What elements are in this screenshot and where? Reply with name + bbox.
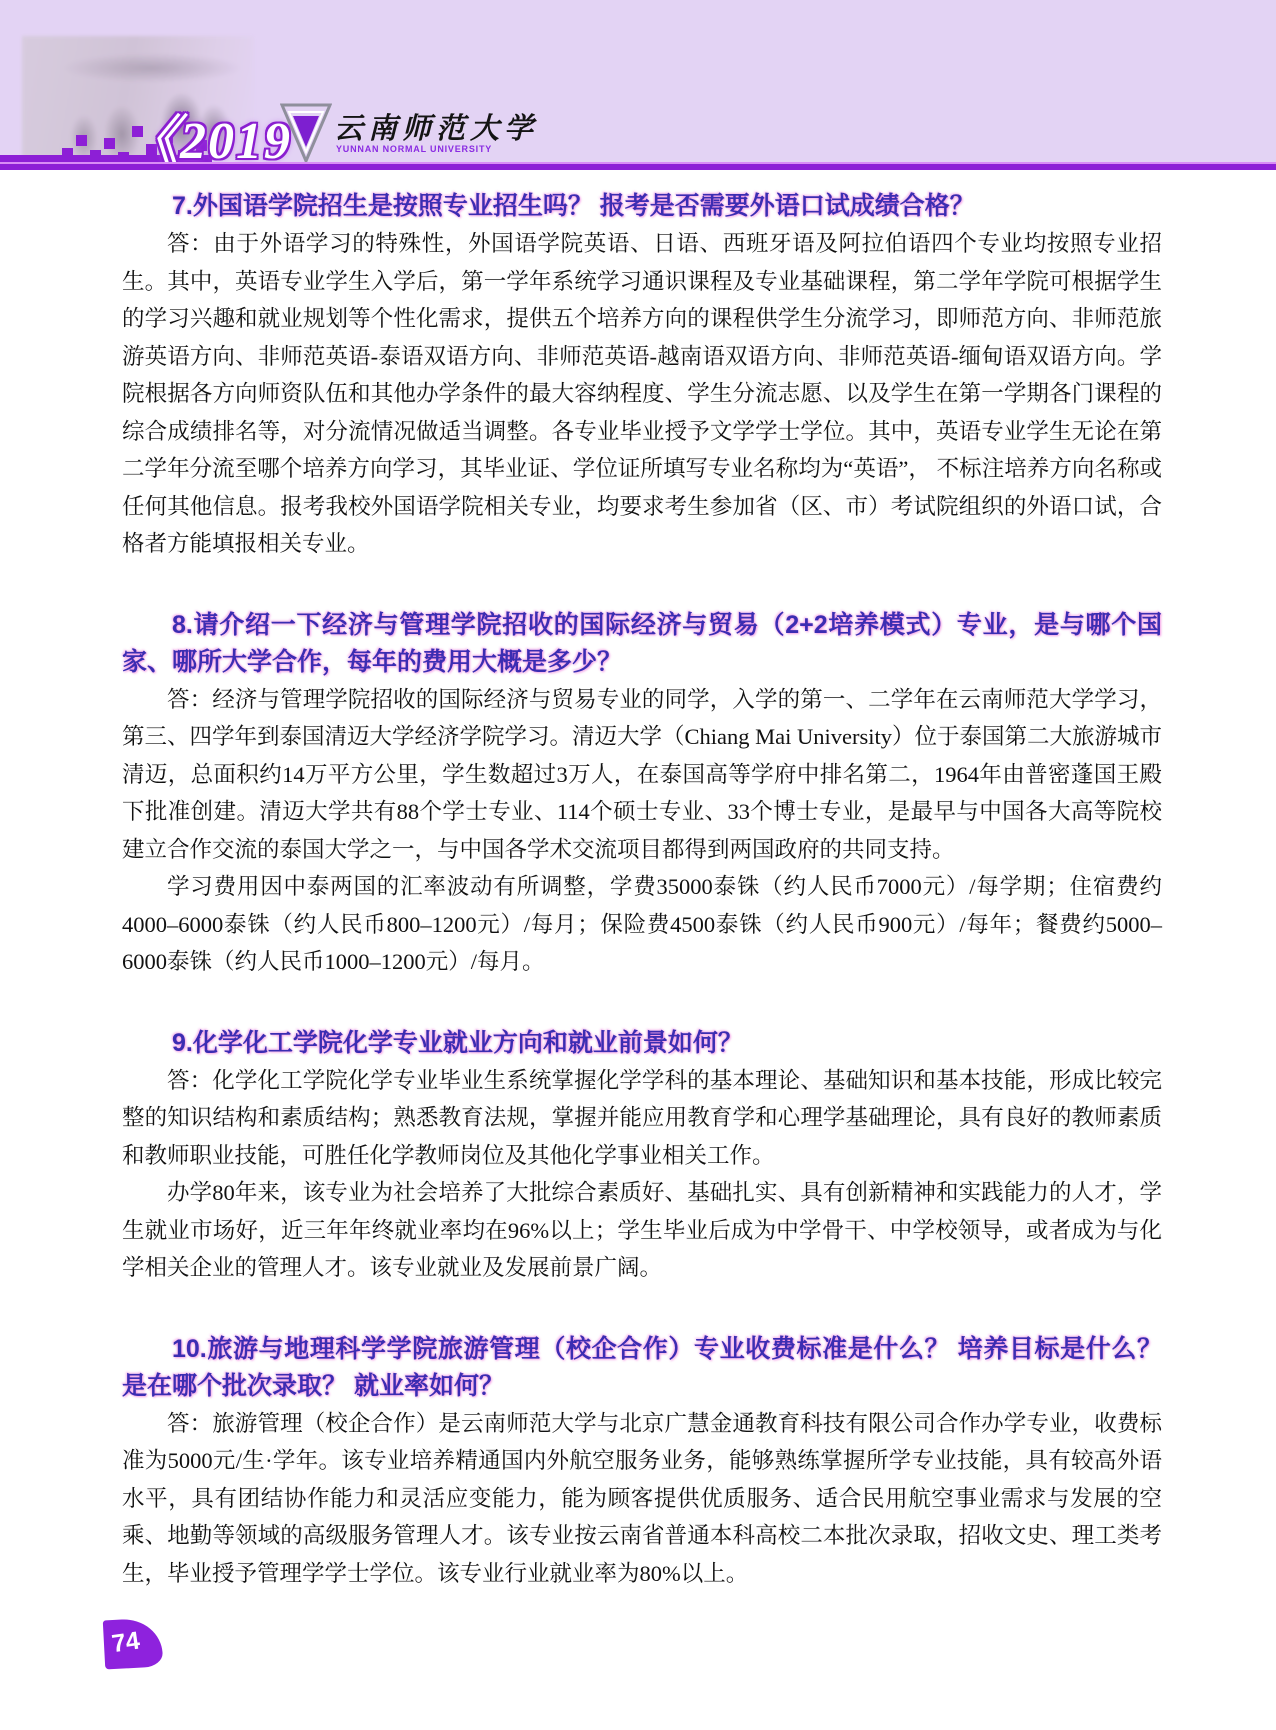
answer-7-paragraph-1: 答：由于外语学习的特殊性，外国语学院英语、日语、西班牙语及阿拉伯语四个专业均按照… — [122, 225, 1162, 563]
page-header: 《2019 云南师范大学 YUNNAN NORMAL UNIVERSITY — [0, 0, 1276, 170]
answer-10-paragraph-1: 答：旅游管理（校企合作）是云南师范大学与北京广慧金通教育科技有限公司合作办学专业… — [122, 1405, 1162, 1593]
answer-8-paragraph-2: 学习费用因中泰两国的汇率波动有所调整，学费35000泰铢（约人民币7000元）/… — [122, 868, 1162, 981]
faq-content: 7.外国语学院招生是按照专业招生吗？ 报考是否需要外语口试成绩合格？ 答：由于外… — [122, 170, 1162, 1592]
question-10-heading: 10.旅游与地理科学学院旅游管理（校企合作）专业收费标准是什么？ 培养目标是什么… — [122, 1331, 1162, 1405]
answer-9-paragraph-1: 答：化学化工学院化学专业毕业生系统掌握化学学科的基本理论、基础知识和基本技能，形… — [122, 1062, 1162, 1175]
answer-9-paragraph-2: 办学80年来，该专业为社会培养了大批综合素质好、基础扎实、具有创新精神和实践能力… — [122, 1174, 1162, 1287]
question-7-heading: 7.外国语学院招生是按照专业招生吗？ 报考是否需要外语口试成绩合格？ — [122, 188, 1162, 225]
university-name-cn: 云南师范大学 — [334, 106, 538, 147]
page-number-badge: 74 — [103, 1618, 163, 1670]
header-divider-line — [0, 162, 1276, 170]
university-name-en: YUNNAN NORMAL UNIVERSITY — [336, 144, 492, 154]
answer-8-paragraph-1: 答：经济与管理学院招收的国际经济与贸易专业的同学，入学的第一、二学年在云南师范大… — [122, 681, 1162, 869]
university-logo-icon — [280, 103, 332, 165]
question-9-heading: 9.化学化工学院化学专业就业方向和就业前景如何？ — [122, 1025, 1162, 1062]
question-8-heading: 8.请介绍一下经济与管理学院招收的国际经济与贸易（2+2培养模式）专业，是与哪个… — [122, 607, 1162, 681]
page-number: 74 — [110, 1627, 142, 1660]
